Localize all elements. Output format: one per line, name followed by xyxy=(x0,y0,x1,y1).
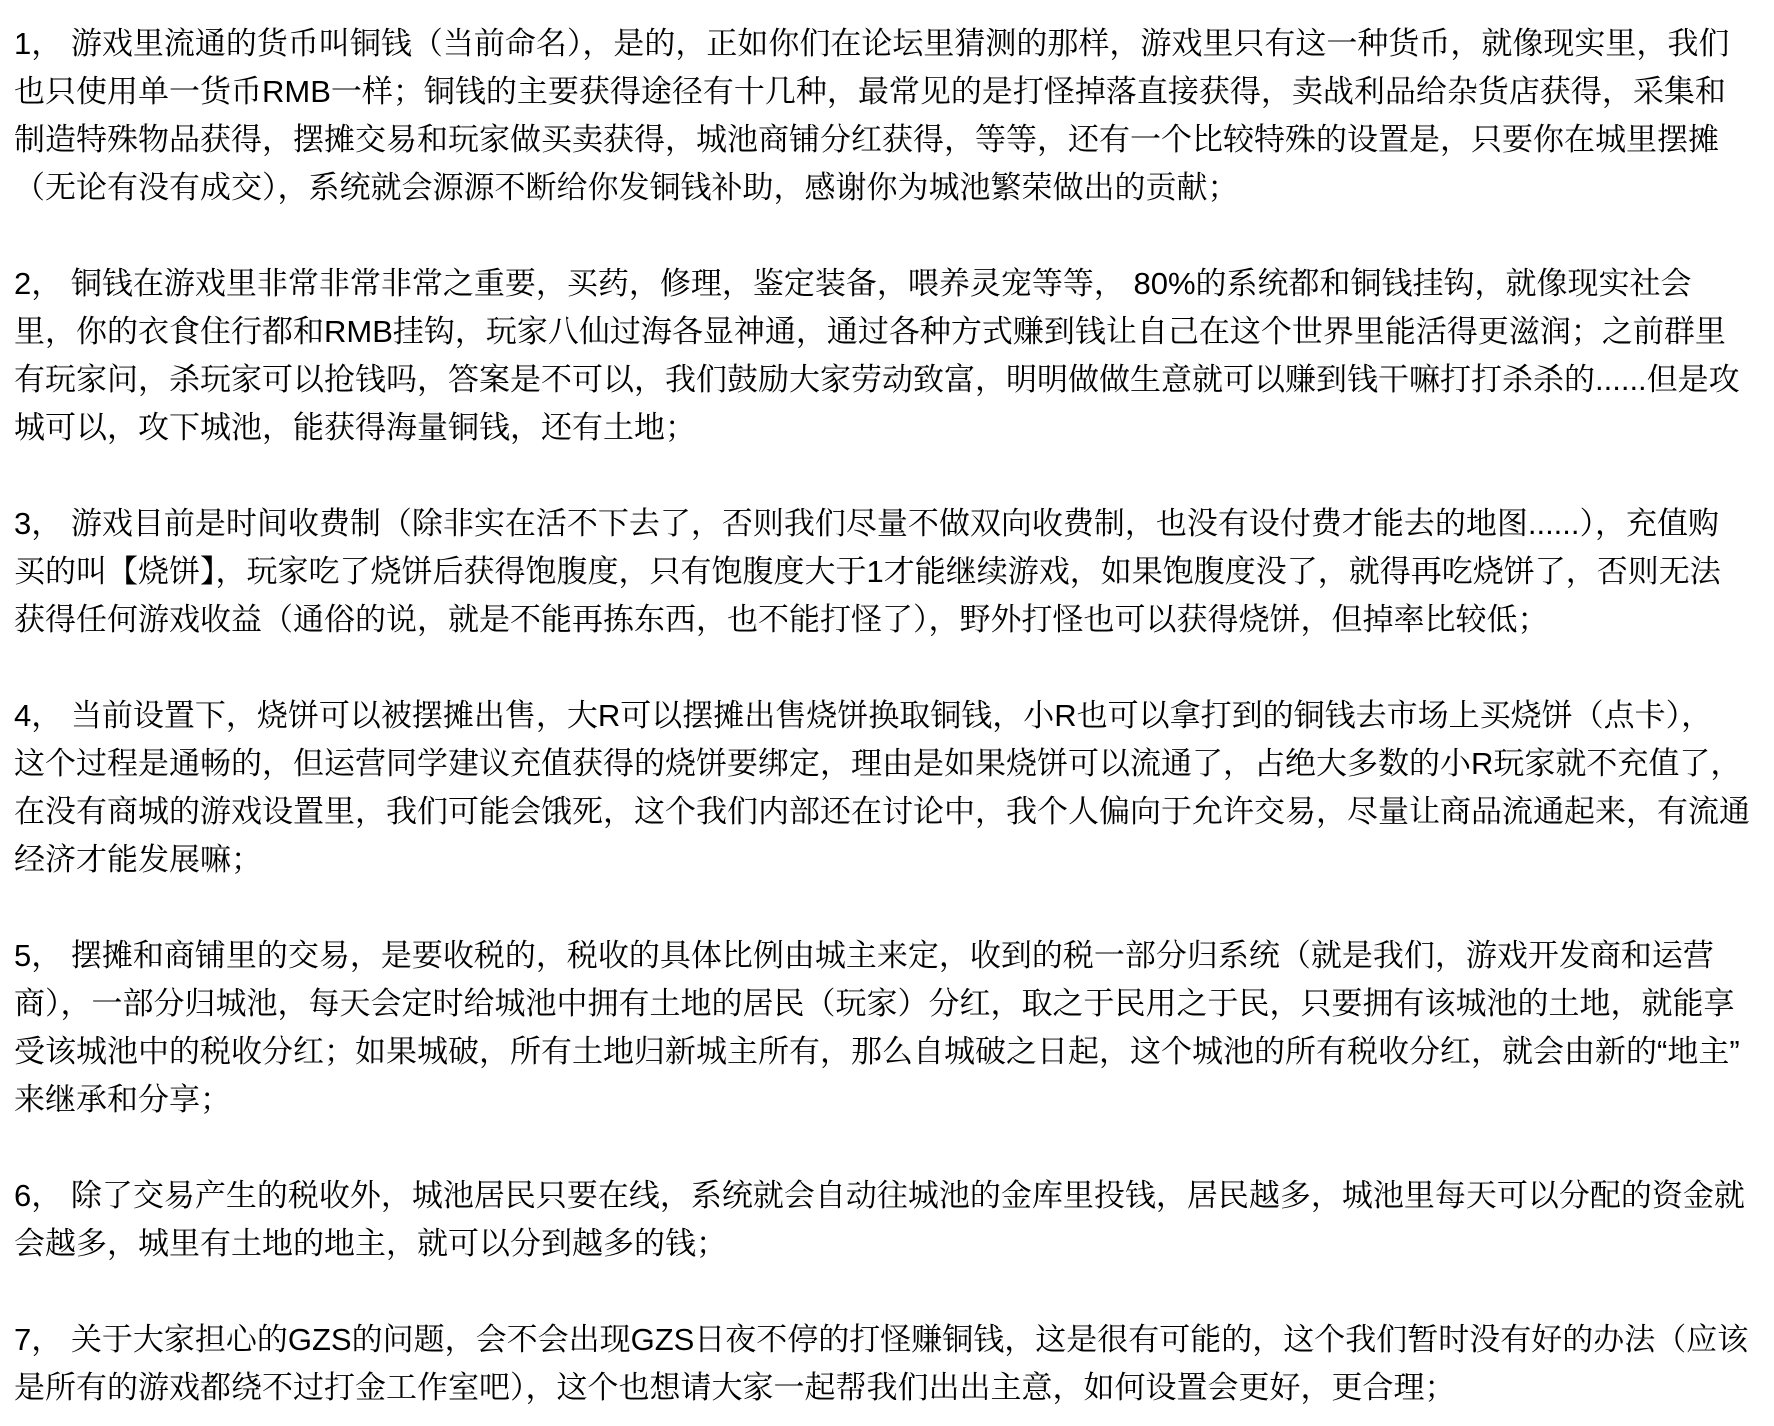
text-line: 受该城池中的税收分红；如果城破，所有土地归新城主所有，那么自城破之日起，这个城池… xyxy=(14,1028,1744,1076)
text-line: 2， 铜钱在游戏里非常非常非常之重要，买药，修理，鉴定装备，喂养灵宠等等， 80… xyxy=(14,260,1744,308)
text-line: 在没有商城的游戏设置里，我们可能会饿死，这个我们内部还在讨论中，我个人偏向于允许… xyxy=(14,788,1744,836)
text-line: 4， 当前设置下，烧饼可以被摆摊出售，大R可以摆摊出售烧饼换取铜钱，小R也可以拿… xyxy=(14,692,1744,740)
text-line: 3， 游戏目前是时间收费制（除非实在活不下去了，否则我们尽量不做双向收费制，也没… xyxy=(14,500,1744,548)
text-line: 7， 关于大家担心的GZS的问题，会不会出现GZS日夜不停的打怪赚铜钱，这是很有… xyxy=(14,1316,1744,1364)
paragraph-2: 2， 铜钱在游戏里非常非常非常之重要，买药，修理，鉴定装备，喂养灵宠等等， 80… xyxy=(14,260,1744,452)
text-line: 5， 摆摊和商铺里的交易，是要收税的，税收的具体比例由城主来定，收到的税一部分归… xyxy=(14,932,1744,980)
text-line: 这个过程是通畅的，但运营同学建议充值获得的烧饼要绑定，理由是如果烧饼可以流通了，… xyxy=(14,740,1744,788)
paragraph-5: 5， 摆摊和商铺里的交易，是要收税的，税收的具体比例由城主来定，收到的税一部分归… xyxy=(14,932,1744,1124)
text-line: 有玩家问，杀玩家可以抢钱吗，答案是不可以，我们鼓励大家劳动致富，明明做做生意就可… xyxy=(14,356,1744,404)
text-line: 也只使用单一货币RMB一样；铜钱的主要获得途径有十几种，最常见的是打怪掉落直接获… xyxy=(14,68,1744,116)
text-line: 买的叫【烧饼】，玩家吃了烧饼后获得饱腹度，只有饱腹度大于1才能继续游戏，如果饱腹… xyxy=(14,548,1744,596)
text-line: 6， 除了交易产生的税收外，城池居民只要在线，系统就会自动往城池的金库里投钱，居… xyxy=(14,1172,1744,1220)
text-line: 1， 游戏里流通的货币叫铜钱（当前命名），是的，正如你们在论坛里猜测的那样，游戏… xyxy=(14,20,1744,68)
text-line: 里，你的衣食住行都和RMB挂钩，玩家八仙过海各显神通，通过各种方式赚到钱让自己在… xyxy=(14,308,1744,356)
paragraph-7: 7， 关于大家担心的GZS的问题，会不会出现GZS日夜不停的打怪赚铜钱，这是很有… xyxy=(14,1316,1744,1412)
paragraph-3: 3， 游戏目前是时间收费制（除非实在活不下去了，否则我们尽量不做双向收费制，也没… xyxy=(14,500,1744,644)
text-line: 会越多，城里有土地的地主，就可以分到越多的钱； xyxy=(14,1220,1744,1268)
text-line: 经济才能发展嘛； xyxy=(14,836,1744,884)
text-line: 制造特殊物品获得，摆摊交易和玩家做买卖获得，城池商铺分红获得，等等，还有一个比较… xyxy=(14,116,1744,164)
paragraph-6: 6， 除了交易产生的税收外，城池居民只要在线，系统就会自动往城池的金库里投钱，居… xyxy=(14,1172,1744,1268)
document-body: 1， 游戏里流通的货币叫铜钱（当前命名），是的，正如你们在论坛里猜测的那样，游戏… xyxy=(0,0,1774,1426)
paragraph-4: 4， 当前设置下，烧饼可以被摆摊出售，大R可以摆摊出售烧饼换取铜钱，小R也可以拿… xyxy=(14,692,1744,884)
text-line: 获得任何游戏收益（通俗的说，就是不能再拣东西，也不能打怪了），野外打怪也可以获得… xyxy=(14,596,1744,644)
paragraph-1: 1， 游戏里流通的货币叫铜钱（当前命名），是的，正如你们在论坛里猜测的那样，游戏… xyxy=(14,20,1744,212)
text-line: 商），一部分归城池，每天会定时给城池中拥有土地的居民（玩家）分红，取之于民用之于… xyxy=(14,980,1744,1028)
text-line: 城可以，攻下城池，能获得海量铜钱，还有土地； xyxy=(14,404,1744,452)
text-line: 是所有的游戏都绕不过打金工作室吧），这个也想请大家一起帮我们出出主意，如何设置会… xyxy=(14,1364,1744,1412)
text-line: 来继承和分享； xyxy=(14,1076,1744,1124)
text-line: （无论有没有成交），系统就会源源不断给你发铜钱补助，感谢你为城池繁荣做出的贡献； xyxy=(14,164,1744,212)
